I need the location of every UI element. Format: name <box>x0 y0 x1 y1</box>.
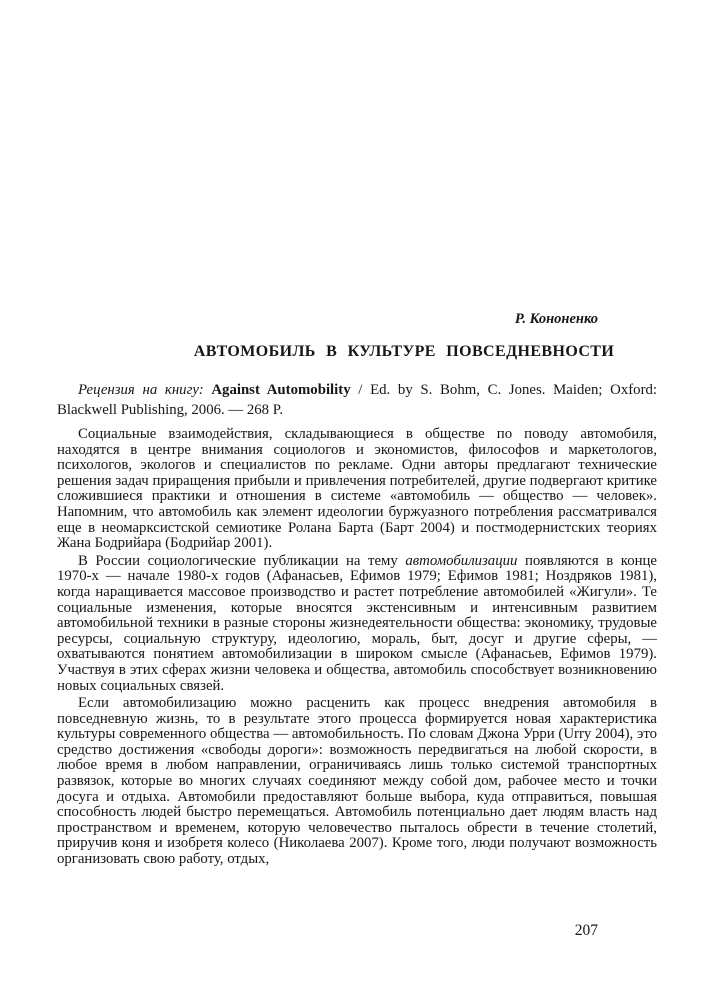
text-segment: появляются в конце 1970-х — начале 1980-… <box>57 553 657 694</box>
text-segment: Социальные взаимодействия, складывающиес… <box>57 426 657 551</box>
text-segment: автомобилизации <box>405 553 517 569</box>
text-segment: Against Automobility <box>211 382 350 398</box>
paragraph-2: В России социологические публикации на т… <box>57 554 657 694</box>
paragraph-3: Если автомобилизацию можно расценить как… <box>57 696 657 868</box>
author-byline: Р. Кононенко <box>57 310 657 328</box>
page-number: 207 <box>0 921 598 940</box>
paragraph-1: Социальные взаимодействия, складывающиес… <box>57 427 657 552</box>
article-title: АВТОМОБИЛЬ В КУЛЬТУРЕ ПОВСЕДНЕВНОСТИ <box>57 342 657 361</box>
text-segment: В России социологические публикации на т… <box>78 553 405 569</box>
text-segment: Рецензия на книгу: <box>78 382 211 398</box>
article-body: Социальные взаимодействия, складывающиес… <box>57 427 657 868</box>
review-reference: Рецензия на книгу: Against Automobility … <box>57 380 657 420</box>
document-page: Р. Кононенко АВТОМОБИЛЬ В КУЛЬТУРЕ ПОВСЕ… <box>0 0 709 990</box>
text-segment: Если автомобилизацию можно расценить как… <box>57 695 657 867</box>
